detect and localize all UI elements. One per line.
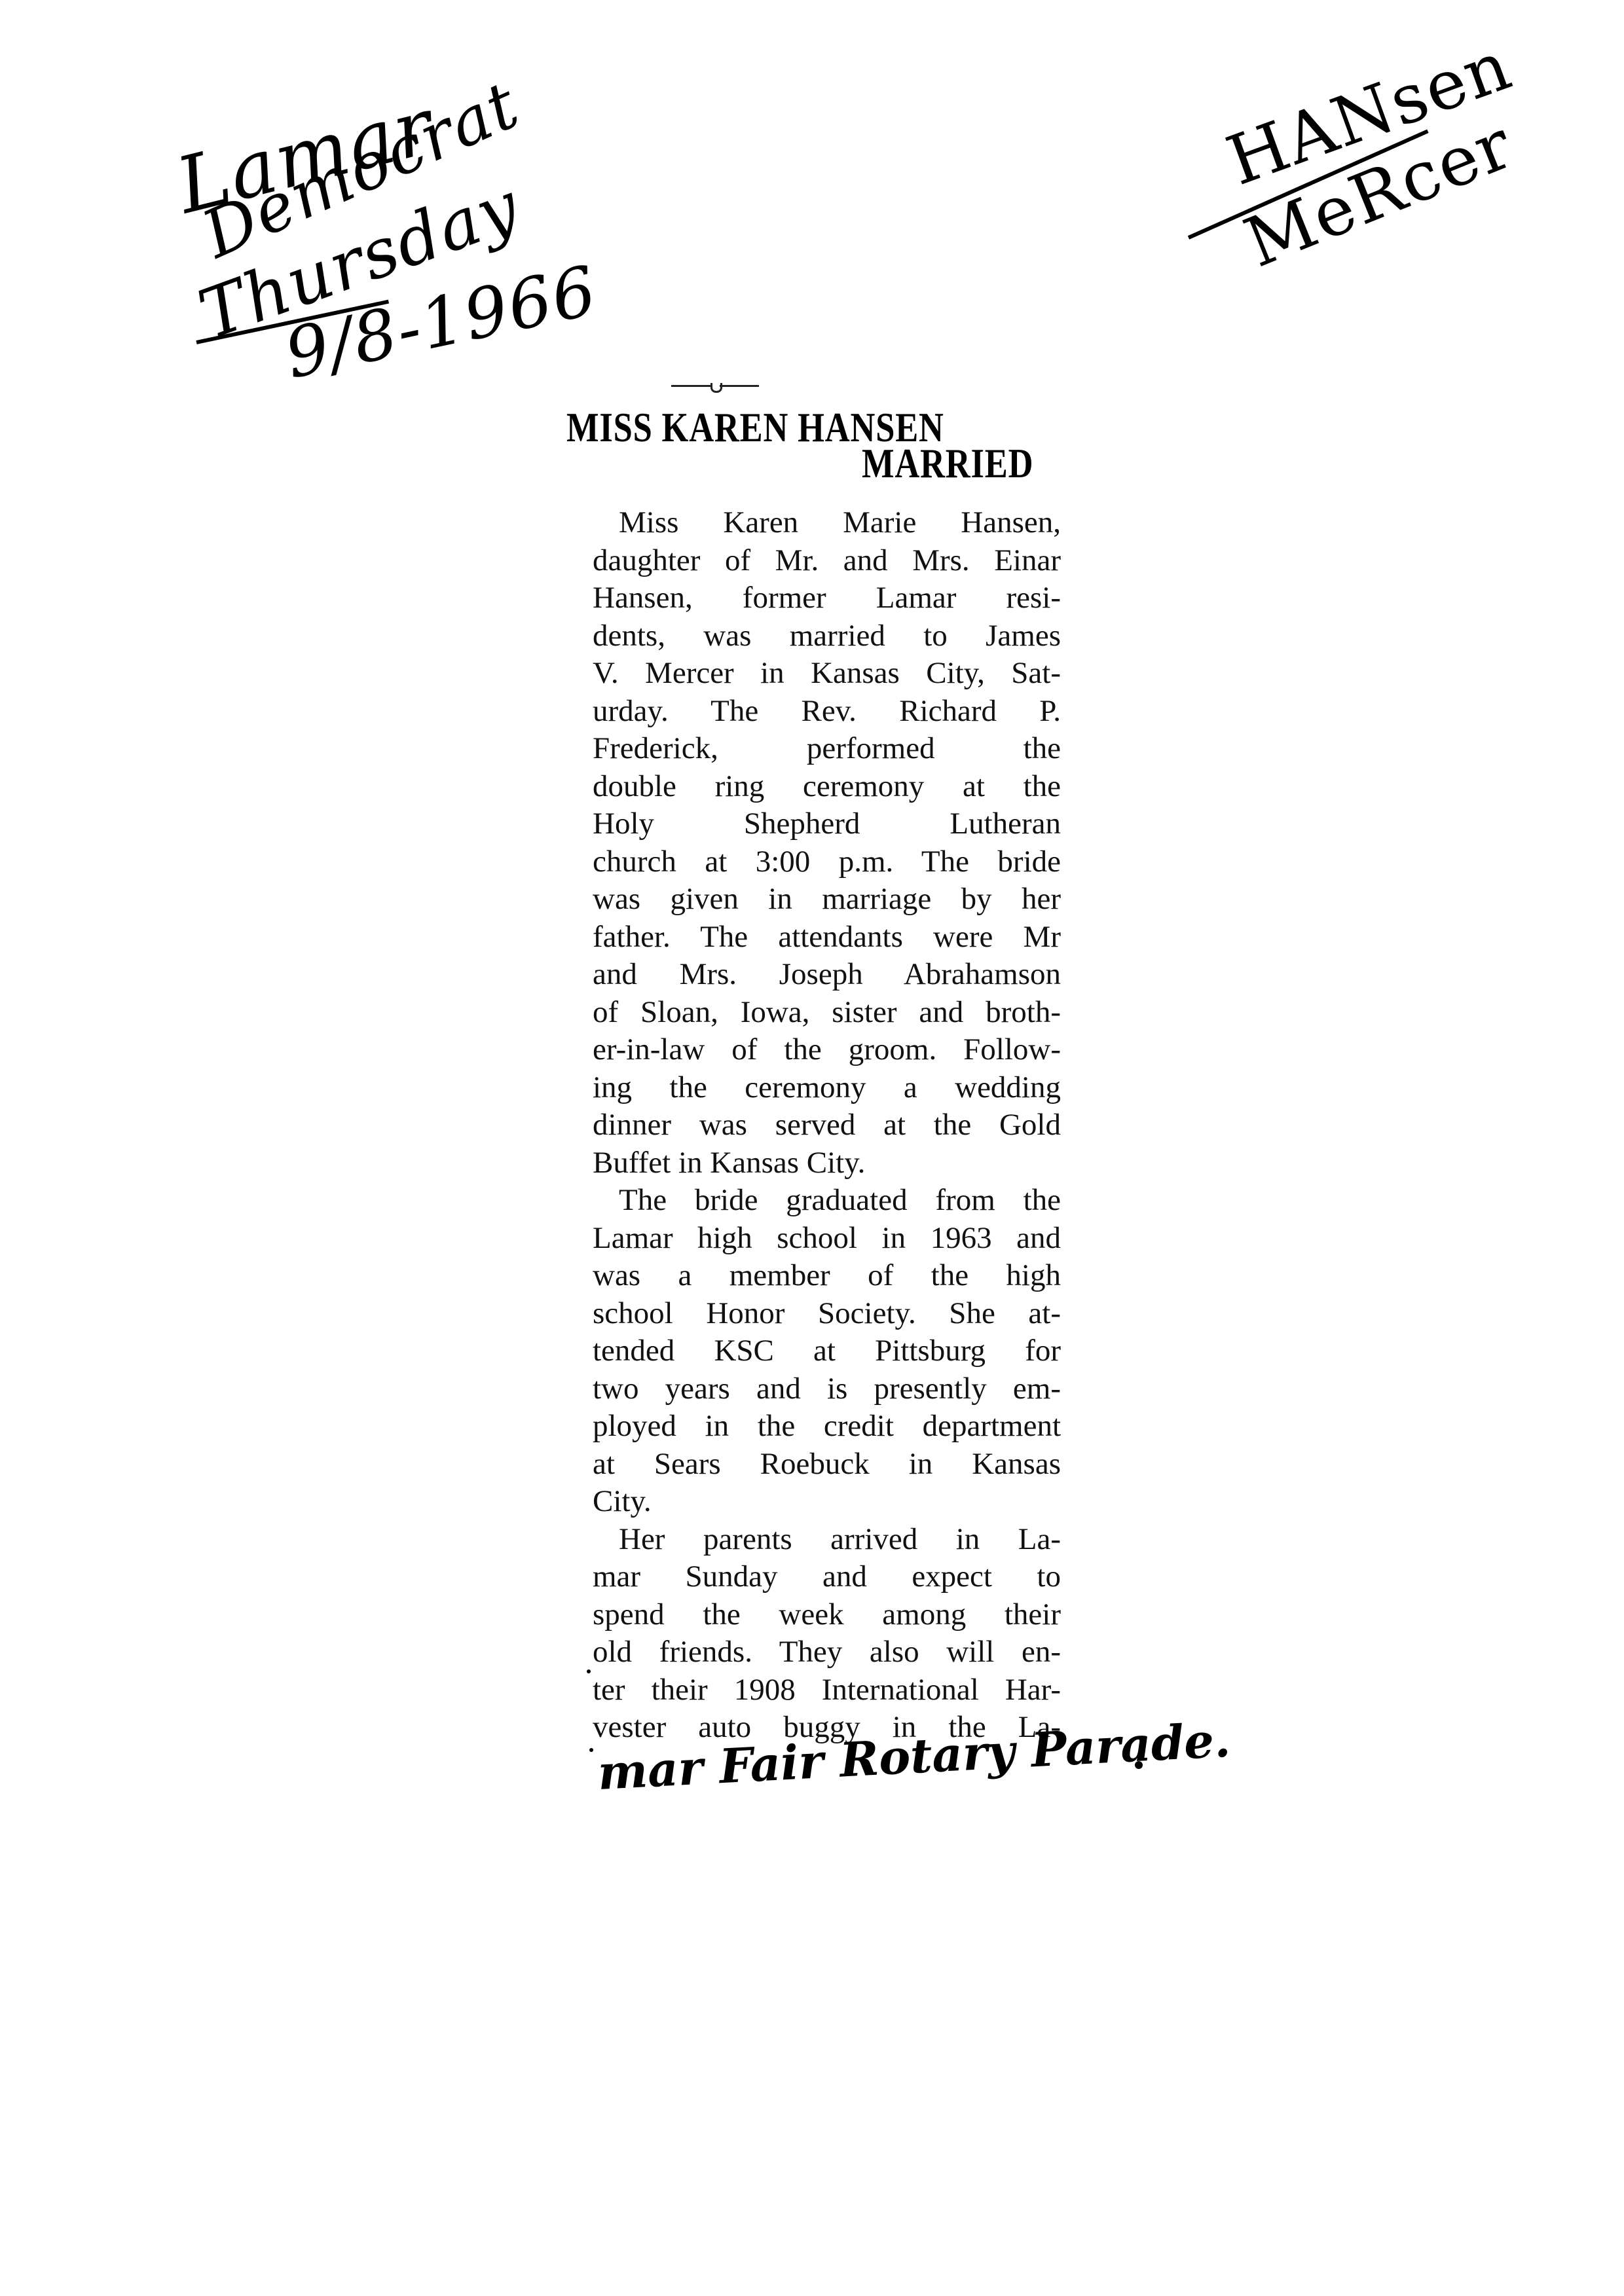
- article-line: old friends. They also will en-: [593, 1633, 1061, 1671]
- scan-speck: [589, 1748, 593, 1752]
- article-line: Lamar high school in 1963 and: [593, 1220, 1061, 1258]
- article-line: ployed in the credit department: [593, 1408, 1061, 1446]
- article-headline-continued: MARRIED: [862, 439, 1033, 488]
- article-line: daughter of Mr. and Mrs. Einar: [593, 542, 1061, 580]
- article-line: of Sloan, Iowa, sister and broth-: [593, 994, 1061, 1032]
- article-line: two years and is presently em-: [593, 1370, 1061, 1408]
- article-line: church at 3:00 p.m. The bride: [593, 843, 1061, 881]
- article-line: V. Mercer in Kansas City, Sat-: [593, 655, 1061, 693]
- article-line: dinner was served at the Gold: [593, 1106, 1061, 1144]
- article-line: Holy Shepherd Lutheran: [593, 805, 1061, 843]
- article-line: er-in-law of the groom. Follow-: [593, 1031, 1061, 1069]
- article-line: father. The attendants were Mr: [593, 919, 1061, 957]
- article-line: at Sears Roebuck in Kansas: [593, 1446, 1061, 1484]
- article-line: Hansen, former Lamar resi-: [593, 579, 1061, 617]
- article-line: Miss Karen Marie Hansen,: [593, 504, 1061, 542]
- rule-segment: [720, 385, 759, 387]
- article-line: urday. The Rev. Richard P.: [593, 693, 1061, 731]
- article-line: Buffet in Kansas City.: [593, 1144, 1061, 1182]
- article-line: ter their 1908 International Har-: [593, 1671, 1061, 1709]
- article-line: spend the week among their: [593, 1596, 1061, 1634]
- article-line: was given in marriage by her: [593, 881, 1061, 919]
- article-line: dents, was married to James: [593, 617, 1061, 655]
- article-line: City.: [593, 1483, 1061, 1521]
- article-line: The bride graduated from the: [593, 1182, 1061, 1220]
- headline-ornament-rule: [671, 383, 760, 396]
- scanned-page: Lamar Democrat Thursday 9/8-1966 HANsen …: [0, 0, 1624, 2296]
- scan-speck: [587, 1669, 591, 1673]
- article-line: ing the ceremony a wedding: [593, 1069, 1061, 1107]
- article-line: mar Sunday and expect to: [593, 1558, 1061, 1596]
- article-body: Miss Karen Marie Hansen,daughter of Mr. …: [593, 504, 1061, 1747]
- article-line: was a member of the high: [593, 1257, 1061, 1295]
- article-line: and Mrs. Joseph Abrahamson: [593, 956, 1061, 994]
- article-line: Her parents arrived in La-: [593, 1521, 1061, 1559]
- handwritten-period: [1135, 1761, 1143, 1769]
- article-line: Frederick, performed the: [593, 730, 1061, 768]
- article-line: double ring ceremony at the: [593, 768, 1061, 806]
- article-line: tended KSC at Pittsburg for: [593, 1332, 1061, 1370]
- rule-segment: [671, 385, 710, 387]
- article-line: school Honor Society. She at-: [593, 1295, 1061, 1333]
